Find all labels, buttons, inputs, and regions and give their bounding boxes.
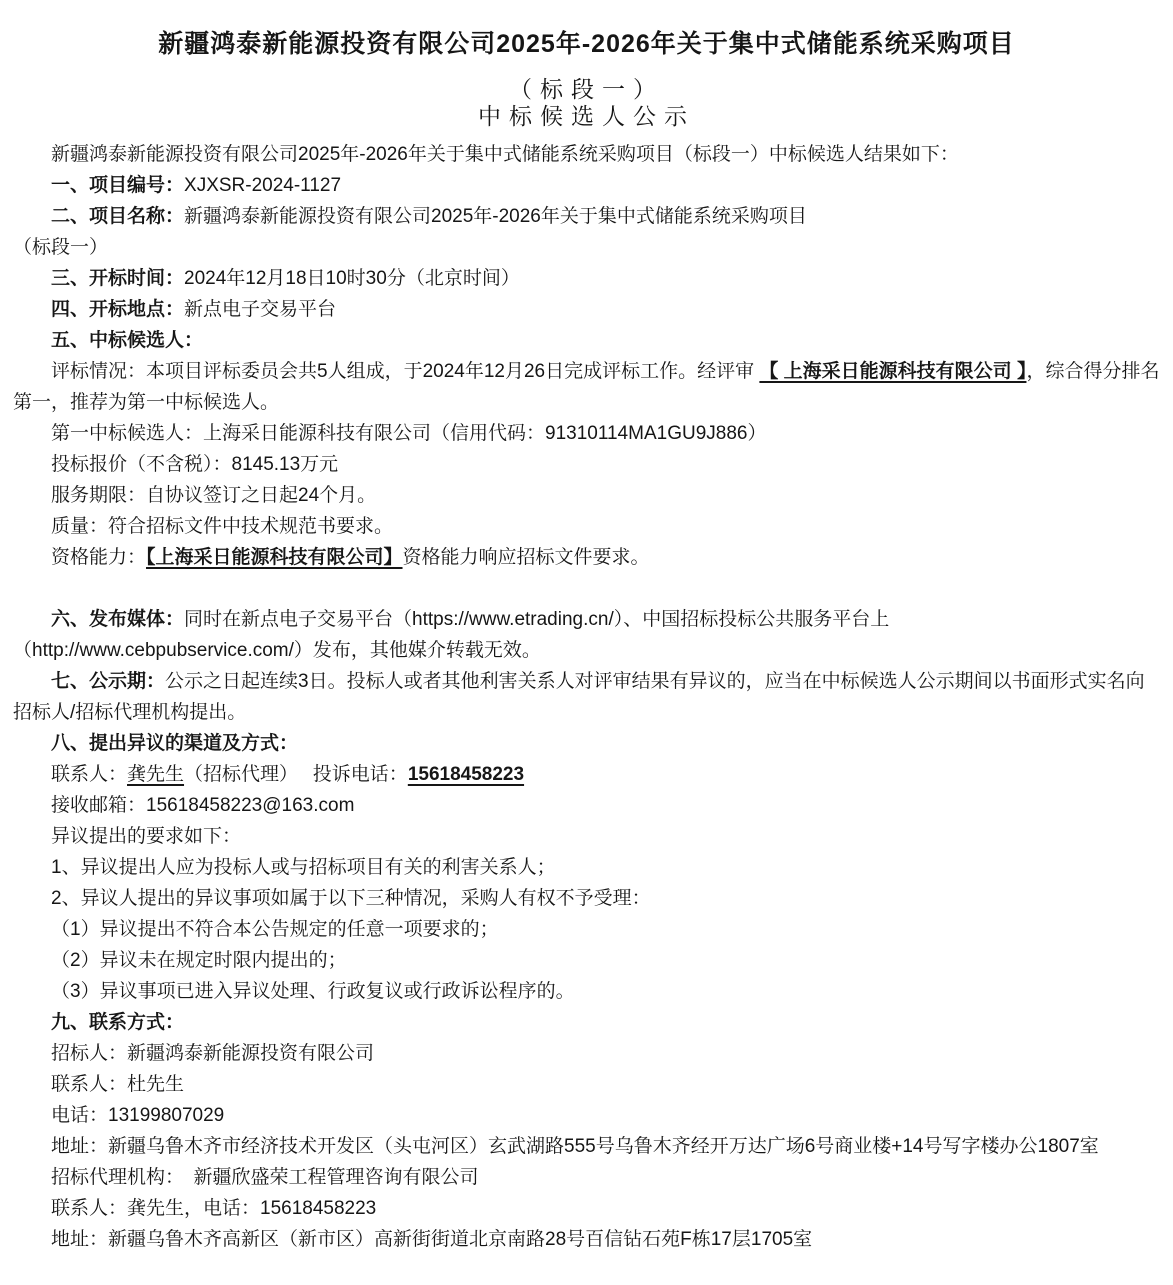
item-2-project-name: 二、项目名称：新疆鸿泰新能源投资有限公司2025年-2026年关于集中式储能系统… (13, 201, 1160, 232)
objection-req-2: 2、异议人提出的异议事项如属于以下三种情况，采购人有权不予受理： (13, 883, 1160, 914)
first-candidate-text: 第一中标候选人：上海采日能源科技有限公司（信用代码：91310114MA1GU9… (51, 423, 766, 444)
item-2-project-name-text: 二、项目名称： (51, 206, 184, 227)
objection-case-2-text: （2）异议未在规定时限内提出的； (51, 950, 347, 971)
quality: 质量：符合招标文件中技术规范书要求。 (13, 511, 1160, 542)
item-7-publicity-period: 七、公示期：公示之日起连续3日。投标人或者其他利害关系人对评审结果有异议的，应当… (13, 666, 1160, 728)
item-9-contact: 九、联系方式： (13, 1007, 1160, 1038)
item-8-objection-channel-text: 八、提出异议的渠道及方式： (51, 733, 298, 754)
title-line-3: 中标候选人公示 (13, 103, 1160, 130)
item-6-publish-media-text: 六、发布媒体： (51, 609, 184, 630)
service-period-text: 服务期限：自协议签订之日起24个月。 (51, 485, 376, 506)
qualification: 资格能力：【上海采日能源科技有限公司】资格能力响应招标文件要求。 (13, 542, 1160, 573)
tenderer-phone-text: 电话：13199807029 (51, 1105, 224, 1126)
evaluation-summary: 评标情况：本项目评标委员会共5人组成，于2024年12月26日完成评标工作。经评… (13, 356, 1160, 418)
intro-paragraph-text: 新疆鸿泰新能源投资有限公司2025年-2026年关于集中式储能系统采购项目（标段… (51, 144, 959, 165)
tenderer-name-text: 招标人：新疆鸿泰新能源投资有限公司 (51, 1043, 374, 1064)
item-2-project-name-cont: （标段一） (13, 232, 1160, 263)
title-line-2: （标段一） (13, 76, 1160, 103)
qualification-text: 资格能力响应招标文件要求。 (403, 547, 650, 568)
item-6-publish-media: 六、发布媒体：同时在新点电子交易平台（https://www.etrading.… (13, 604, 1160, 666)
objection-case-1-text: （1）异议提出不符合本公告规定的任意一项要求的； (51, 919, 499, 940)
item-1-project-number-text: 一、项目编号： (51, 175, 184, 196)
service-period: 服务期限：自协议签订之日起24个月。 (13, 480, 1160, 511)
objection-requirements-head: 异议提出的要求如下： (13, 821, 1160, 852)
item-3-bid-opening-time: 三、开标时间：2024年12月18日10时30分（北京时间） (13, 263, 1160, 294)
objection-case-2: （2）异议未在规定时限内提出的； (13, 945, 1160, 976)
bid-price: 投标报价（不含税）：8145.13万元 (13, 449, 1160, 480)
item-4-bid-opening-place: 四、开标地点：新点电子交易平台 (13, 294, 1160, 325)
agency-name: 招标代理机构： 新疆欣盛荣工程管理咨询有限公司 (13, 1162, 1160, 1193)
item-1-project-number-text: XJXSR-2024-1127 (184, 175, 341, 196)
spacer-line (13, 573, 1160, 604)
title-line-1-text: 新疆鸿泰新能源投资有限公司2025年-2026年关于集中式储能系统采购项目 (158, 30, 1015, 58)
item-3-bid-opening-time-text: 三、开标时间： (51, 268, 184, 289)
item-4-bid-opening-place-text: 新点电子交易平台 (184, 299, 336, 320)
objection-req-2-text: 2、异议人提出的异议事项如属于以下三种情况，采购人有权不予受理： (51, 888, 651, 909)
document-body: 新疆鸿泰新能源投资有限公司2025年-2026年关于集中式储能系统采购项目（标段… (13, 24, 1160, 1255)
item-9-contact-text: 九、联系方式： (51, 1012, 184, 1033)
item-5-winning-candidates: 五、中标候选人： (13, 325, 1160, 356)
tenderer-address-text: 地址：新疆乌鲁木齐市经济技术开发区（头屯河区）玄武湖路555号乌鲁木齐经开万达广… (51, 1136, 1099, 1157)
item-2-project-name-cont-text: （标段一） (13, 237, 108, 258)
first-candidate: 第一中标候选人：上海采日能源科技有限公司（信用代码：91310114MA1GU9… (13, 418, 1160, 449)
objection-req-1-text: 1、异议提出人应为投标人或与招标项目有关的利害关系人； (51, 857, 556, 878)
objection-contact-text: （招标代理） 投诉电话： (184, 764, 408, 785)
intro-paragraph: 新疆鸿泰新能源投资有限公司2025年-2026年关于集中式储能系统采购项目（标段… (13, 139, 1160, 170)
agency-name-text: 招标代理机构： 新疆欣盛荣工程管理咨询有限公司 (51, 1167, 479, 1188)
evaluation-summary-text: 【 上海采日能源科技有限公司 】 (759, 361, 1026, 382)
objection-case-1: （1）异议提出不符合本公告规定的任意一项要求的； (13, 914, 1160, 945)
tenderer-phone: 电话：13199807029 (13, 1100, 1160, 1131)
tenderer-contact-person-text: 联系人：杜先生 (51, 1074, 184, 1095)
qualification-text: 资格能力： (51, 547, 146, 568)
quality-text: 质量：符合招标文件中技术规范书要求。 (51, 516, 393, 537)
item-8-objection-channel: 八、提出异议的渠道及方式： (13, 728, 1160, 759)
objection-case-3: （3）异议事项已进入异议处理、行政复议或行政诉讼程序的。 (13, 976, 1160, 1007)
objection-email: 接收邮箱：15618458223@163.com (13, 790, 1160, 821)
agency-contact-text: 联系人：龚先生，电话：15618458223 (51, 1198, 376, 1219)
evaluation-summary-text: 评标情况：本项目评标委员会共5人组成，于2024年12月26日完成评标工作。经评… (51, 361, 759, 382)
objection-contact-text: 15618458223 (408, 764, 524, 785)
tenderer-address: 地址：新疆乌鲁木齐市经济技术开发区（头屯河区）玄武湖路555号乌鲁木齐经开万达广… (13, 1131, 1160, 1162)
objection-contact-text: 龚先生 (127, 764, 184, 785)
title-line-2-text: （标段一） (509, 76, 664, 102)
objection-requirements-head-text: 异议提出的要求如下： (51, 826, 241, 847)
title-line-1: 新疆鸿泰新能源投资有限公司2025年-2026年关于集中式储能系统采购项目 (13, 24, 1160, 64)
bid-price-text: 投标报价（不含税）：8145.13万元 (51, 454, 338, 475)
qualification-text: 【上海采日能源科技有限公司】 (146, 547, 403, 568)
item-4-bid-opening-place-text: 四、开标地点： (51, 299, 184, 320)
item-7-publicity-period-text: 七、公示期： (51, 671, 165, 692)
item-2-project-name-text: 新疆鸿泰新能源投资有限公司2025年-2026年关于集中式储能系统采购项目 (184, 206, 807, 227)
document: 新疆鸿泰新能源投资有限公司2025年-2026年关于集中式储能系统采购项目（标段… (0, 0, 1173, 1255)
objection-email-text: 接收邮箱：15618458223@163.com (51, 795, 354, 816)
tenderer-contact-person: 联系人：杜先生 (13, 1069, 1160, 1100)
agency-address-text: 地址：新疆乌鲁木齐高新区（新市区）高新街街道北京南路28号百信钻石苑F栋17层1… (51, 1229, 812, 1250)
agency-address: 地址：新疆乌鲁木齐高新区（新市区）高新街街道北京南路28号百信钻石苑F栋17层1… (13, 1224, 1160, 1255)
item-3-bid-opening-time-text: 2024年12月18日10时30分（北京时间） (184, 268, 520, 289)
title-line-3-text: 中标候选人公示 (478, 103, 695, 129)
agency-contact: 联系人：龚先生，电话：15618458223 (13, 1193, 1160, 1224)
objection-contact-text: 联系人： (51, 764, 127, 785)
item-1-project-number: 一、项目编号：XJXSR-2024-1127 (13, 170, 1160, 201)
objection-case-3-text: （3）异议事项已进入异议处理、行政复议或行政诉讼程序的。 (51, 981, 575, 1002)
objection-req-1: 1、异议提出人应为投标人或与招标项目有关的利害关系人； (13, 852, 1160, 883)
objection-contact: 联系人：龚先生（招标代理） 投诉电话：15618458223 (13, 759, 1160, 790)
item-7-publicity-period-text: 公示之日起连续3日。投标人或者其他利害关系人对评审结果有异议的，应当在中标候选人… (13, 671, 1145, 723)
item-5-winning-candidates-text: 五、中标候选人： (51, 330, 203, 351)
tenderer-name: 招标人：新疆鸿泰新能源投资有限公司 (13, 1038, 1160, 1069)
